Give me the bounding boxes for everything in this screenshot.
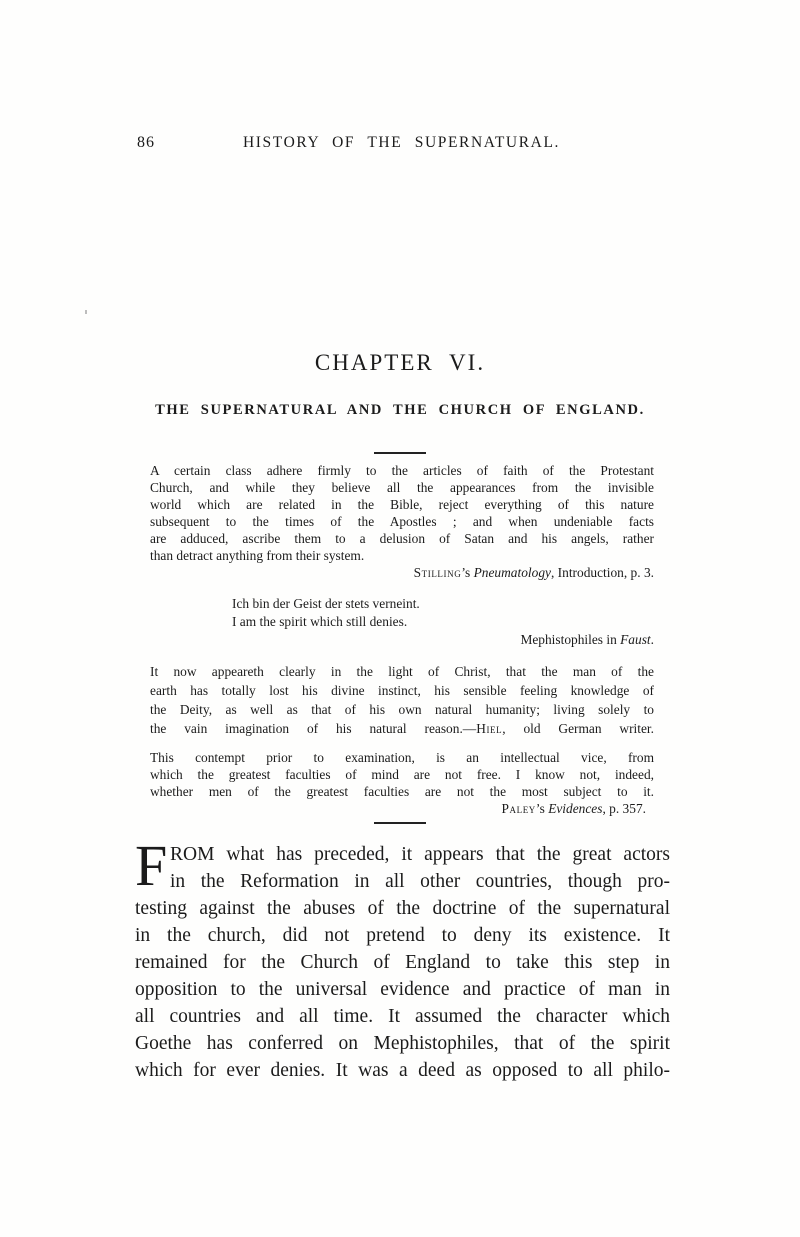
body-line: Goethe has conferred on Mephistophiles, …: [135, 1030, 670, 1057]
work-title: Faust: [620, 632, 651, 647]
body-line: all countries and all time. It assumed t…: [135, 1003, 670, 1030]
epigraph-line: Church, and while they believe all the a…: [150, 479, 654, 496]
running-head: 86 HISTORY OF THE SUPERNATURAL.: [135, 134, 668, 153]
book-page: 86 HISTORY OF THE SUPERNATURAL. CHAPTER …: [0, 0, 800, 1237]
epigraph-line-with-author: the vain imagination of his natural reas…: [150, 719, 654, 738]
body-line: which for ever denies. It was a deed as …: [135, 1057, 670, 1084]
attribution-text: ’s: [536, 801, 548, 816]
epigraph-text: the vain imagination of his natural reas…: [150, 721, 476, 736]
attribution-text: Mephistophiles in: [520, 632, 620, 647]
author-name: Hiel: [476, 721, 502, 736]
author-name: Stilling: [414, 565, 462, 580]
epigraph-line: are adduced, ascribe them to a delusion …: [150, 530, 654, 547]
work-title: Pneumatology: [474, 565, 551, 580]
epigraph-line: It now appeareth clearly in the light of…: [150, 662, 654, 681]
epigraph-paley: This contempt prior to examination, is a…: [150, 749, 654, 817]
attribution-text: .: [651, 632, 654, 647]
epigraph-attribution-paley: Paley’s Evidences, p. 357.: [150, 800, 654, 817]
epigraph-hiel: It now appeareth clearly in the light of…: [150, 662, 654, 738]
body-line: in the Reformation in all other countrie…: [135, 868, 670, 895]
running-head-title: HISTORY OF THE SUPERNATURAL.: [135, 134, 668, 152]
epigraph-line: than detract anything from their system.: [150, 547, 654, 564]
body-line: testing against the abuses of the doctri…: [135, 895, 670, 922]
epigraph-stilling: A certain class adhere firmly to the art…: [150, 462, 654, 581]
epigraph-line: which the greatest faculties of mind are…: [150, 766, 654, 783]
epigraph-faust: Ich bin der Geist der stets verneint. I …: [150, 595, 654, 649]
epigraph-line: the Deity, as well as that of his own na…: [150, 700, 654, 719]
chapter-title: CHAPTER VI.: [0, 350, 800, 376]
body-line: opposition to the universal evidence and…: [135, 976, 670, 1003]
verse-line-german: Ich bin der Geist der stets verneint.: [150, 595, 654, 613]
chapter-subtitle: THE SUPERNATURAL AND THE CHURCH OF ENGLA…: [0, 402, 800, 419]
attribution-text: , Introduction, p. 3.: [551, 565, 654, 580]
scan-speck: [85, 310, 87, 314]
epigraph-attribution-faust: Mephistophiles in Faust.: [150, 631, 654, 649]
epigraph-line: This contempt prior to examination, is a…: [150, 749, 654, 766]
work-title: Evidences: [548, 801, 602, 816]
epigraph-line: world which are related in the Bible, re…: [150, 496, 654, 513]
epigraph-line: A certain class adhere firmly to the art…: [150, 462, 654, 479]
epigraph-line: earth has totally lost his divine instin…: [150, 681, 654, 700]
page-number: 86: [137, 134, 155, 152]
divider-rule-top: [374, 452, 426, 454]
epigraph-line: subsequent to the times of the Apostles …: [150, 513, 654, 530]
epigraph-attribution-stilling: Stilling’s Pneumatology, Introduction, p…: [150, 564, 654, 581]
body-paragraph: F ROM what has preceded, it appears that…: [135, 841, 670, 1084]
author-name: Paley: [501, 801, 535, 816]
body-line: ROM what has preceded, it appears that t…: [135, 841, 670, 868]
body-line: in the church, did not pretend to deny i…: [135, 922, 670, 949]
body-line: remained for the Church of England to ta…: [135, 949, 670, 976]
attribution-text: ’s: [461, 565, 473, 580]
epigraph-line: whether men of the greatest faculties ar…: [150, 783, 654, 800]
attribution-text: , p. 357.: [602, 801, 646, 816]
verse-line-english: I am the spirit which still denies.: [150, 613, 654, 631]
epigraph-text: , old German writer.: [502, 721, 654, 736]
divider-rule-bottom: [374, 822, 426, 824]
dropcap-letter: F: [135, 841, 167, 893]
